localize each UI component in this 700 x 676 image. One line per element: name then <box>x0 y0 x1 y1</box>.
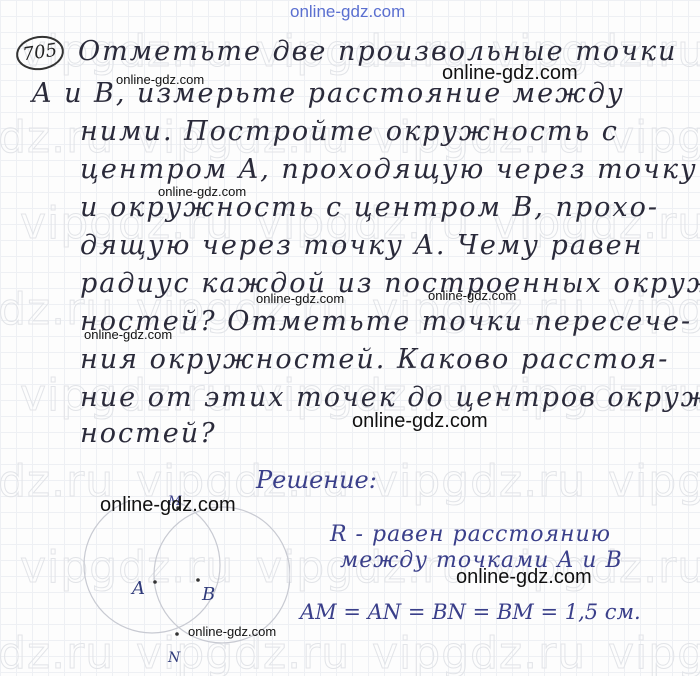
watermark-text: online-gdz.com <box>256 291 344 306</box>
circle-centered-a <box>84 500 220 633</box>
task-line: радиус каждой из построенных окруж- <box>80 268 700 299</box>
point-b <box>196 578 200 582</box>
solution-heading: Решение: <box>256 466 377 494</box>
task-line: Отметьте две произвольные точки <box>78 36 677 67</box>
watermark-text: online-gdz.com <box>100 494 236 517</box>
label-b: B <box>201 584 215 605</box>
point-a <box>153 580 157 584</box>
task-line: ние от этих точек до центров окруж- <box>80 382 700 413</box>
task-line: центром A, проходящую через точку B, <box>80 154 700 185</box>
watermark-text: online-gdz.com <box>84 327 172 342</box>
label-a: A <box>130 578 145 599</box>
watermark-text: online-gdz.com <box>428 288 516 303</box>
task-line: дящую через точку A. Чему равен <box>80 230 643 261</box>
watermark-text: online-gdz.com <box>116 72 204 87</box>
task-line: ними. Постройте окружность с <box>80 116 619 147</box>
background-watermark: vipgdz.ru <box>372 628 586 676</box>
background-watermark: vipgdz.ru <box>608 456 700 507</box>
solution-line-1: R - равен расстоянию <box>330 522 611 547</box>
solution-equation: AM = AN = BN = BM = 1,5 см. <box>300 600 641 624</box>
task-line: ностей? <box>80 418 217 449</box>
watermark-text: online-gdz.com <box>352 410 488 433</box>
background-watermark: vipgdz.ru <box>608 628 700 676</box>
background-watermark: vipgdz.ru <box>372 456 586 507</box>
watermark-text: online-gdz.com <box>158 184 246 199</box>
watermark-text: online-gdz.com <box>442 62 578 85</box>
label-n: N <box>167 650 181 666</box>
task-line: ния окружностей. Каково расстоя- <box>80 344 669 375</box>
point-n <box>175 632 179 636</box>
site-header-link[interactable]: online-gdz.com <box>290 2 405 22</box>
circle-centered-b <box>154 507 290 643</box>
watermark-text: online-gdz.com <box>188 624 276 639</box>
circles-diagram: A B M N <box>0 500 290 676</box>
watermark-text: online-gdz.com <box>456 566 592 589</box>
